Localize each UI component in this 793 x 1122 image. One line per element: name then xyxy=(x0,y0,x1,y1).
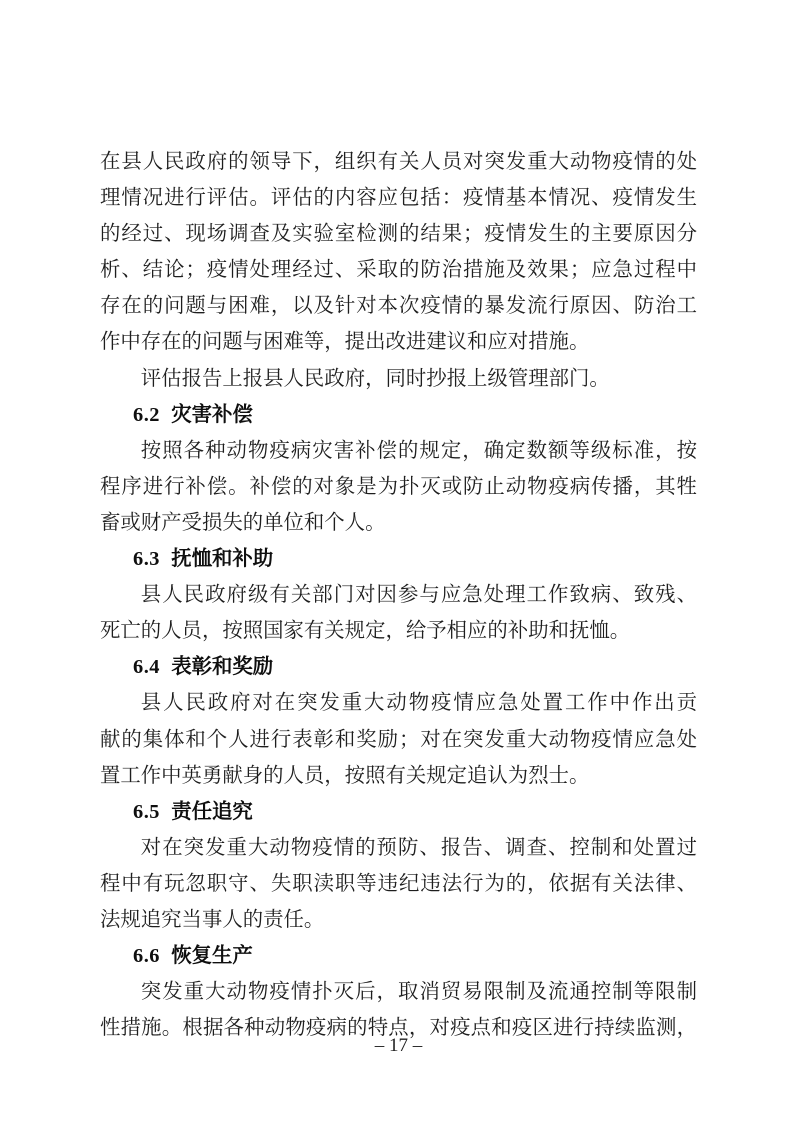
body-line: 理情况进行评估。评估的内容应包括：疫情基本情况、疫情发生 xyxy=(100,180,697,216)
document-page: 在县人民政府的领导下，组织有关人员对突发重大动物疫情的处理情况进行评估。评估的内… xyxy=(0,0,793,1122)
section-title: 恢复生产 xyxy=(171,945,253,967)
section-heading: 6.3抚恤和补助 xyxy=(133,541,697,577)
body-line: 突发重大动物疫情扑灭后，取消贸易限制及流通控制等限制 xyxy=(100,974,697,1010)
body-line: 程序进行补偿。补偿的对象是为扑灭或防止动物疫病传播，其牲 xyxy=(100,469,697,505)
section-heading: 6.6恢复生产 xyxy=(133,938,697,974)
body-line: 法规追究当事人的责任。 xyxy=(100,902,697,938)
page-number: – 17 – xyxy=(375,1035,423,1056)
body-line: 程中有玩忽职守、失职渎职等违纪违法行为的，依据有关法律、 xyxy=(100,866,697,902)
body-line: 在县人民政府的领导下，组织有关人员对突发重大动物疫情的处 xyxy=(100,144,697,180)
section-heading: 6.5责任追究 xyxy=(133,794,697,830)
section-number: 6.6 xyxy=(133,945,160,967)
section-title: 表彰和奖励 xyxy=(171,656,273,678)
page-footer: – 17 – xyxy=(100,1034,697,1058)
body-line: 存在的问题与困难，以及针对本次疫情的暴发流行原因、防治工 xyxy=(100,288,697,324)
body-line: 畜或财产受损失的单位和个人。 xyxy=(100,505,697,541)
body-line: 死亡的人员，按照国家有关规定，给予相应的补助和抚恤。 xyxy=(100,613,697,649)
section-title: 抚恤和补助 xyxy=(171,548,273,570)
section-number: 6.4 xyxy=(133,656,160,678)
body-line: 按照各种动物疫病灾害补偿的规定，确定数额等级标准，按 xyxy=(100,433,697,469)
body-line: 县人民政府对在突发重大动物疫情应急处置工作中作出贡 xyxy=(100,685,697,721)
body-line: 析、结论；疫情处理经过、采取的防治措施及效果；应急过程中 xyxy=(100,252,697,288)
body-line: 献的集体和个人进行表彰和奖励；对在突发重大动物疫情应急处 xyxy=(100,722,697,758)
body-line: 县人民政府级有关部门对因参与应急处理工作致病、致残、 xyxy=(100,577,697,613)
section-title: 灾害补偿 xyxy=(171,404,253,426)
section-number: 6.2 xyxy=(133,404,160,426)
body-line: 作中存在的问题与困难等，提出改进建议和应对措施。 xyxy=(100,324,697,360)
body-line: 对在突发重大动物疫情的预防、报告、调查、控制和处置过 xyxy=(100,830,697,866)
body-line: 评估报告上报县人民政府，同时抄报上级管理部门。 xyxy=(100,361,697,397)
body-line: 置工作中英勇献身的人员，按照有关规定追认为烈士。 xyxy=(100,758,697,794)
section-heading: 6.2灾害补偿 xyxy=(133,397,697,433)
body-line: 的经过、现场调查及实验室检测的结果；疫情发生的主要原因分 xyxy=(100,216,697,252)
page-content: 在县人民政府的领导下，组织有关人员对突发重大动物疫情的处理情况进行评估。评估的内… xyxy=(100,144,697,1046)
section-title: 责任追究 xyxy=(171,801,253,823)
section-number: 6.5 xyxy=(133,801,160,823)
section-heading: 6.4表彰和奖励 xyxy=(133,649,697,685)
section-number: 6.3 xyxy=(133,548,160,570)
